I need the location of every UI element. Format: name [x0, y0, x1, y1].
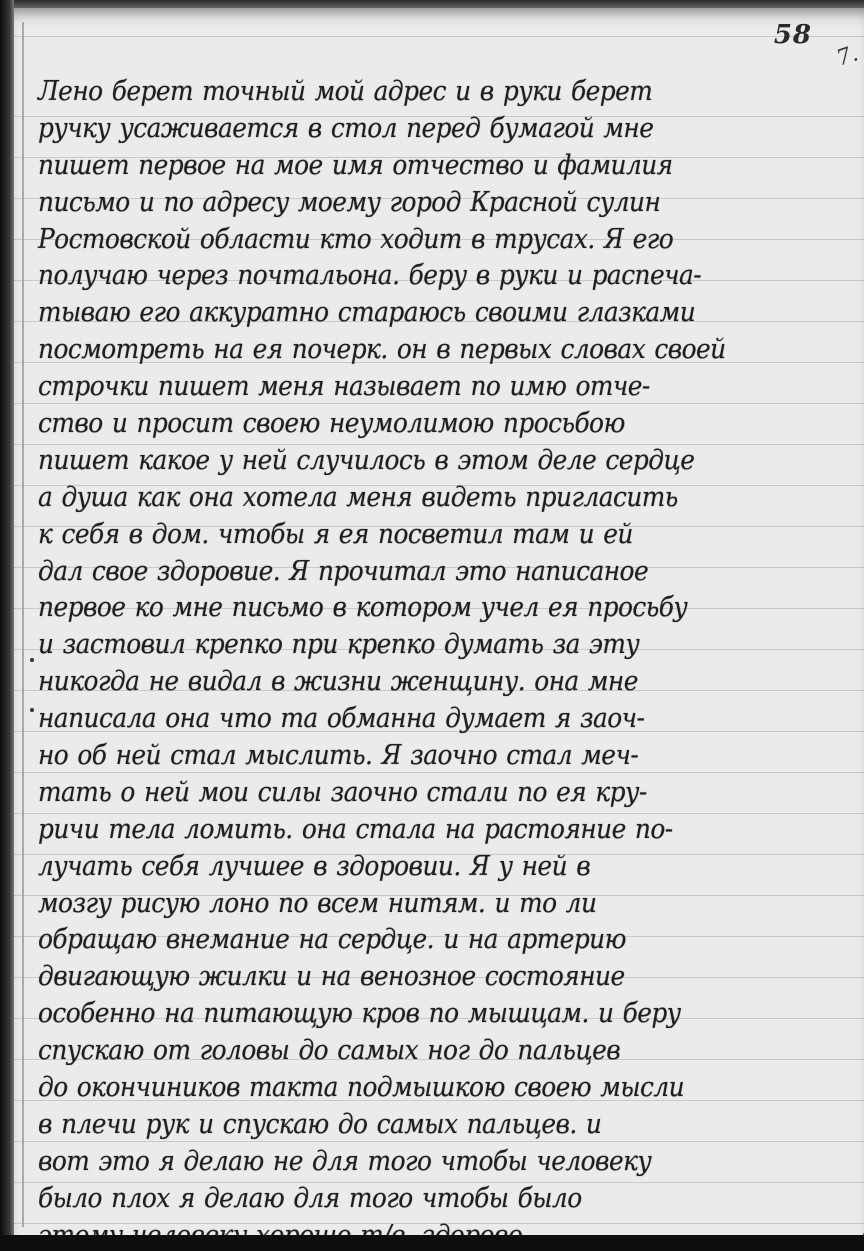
manuscript-line: пишет какое у ней случилось в этом деле … — [38, 443, 792, 480]
notebook-page: 58 7. Лено берет точный мой адрес и в ру… — [14, 8, 864, 1236]
manuscript-line: никогда не видал в жизни женщину. она мн… — [38, 664, 792, 701]
manuscript-line: тываю его аккуратно стараюсь своими глаз… — [38, 295, 792, 332]
folio-mark: 7. — [834, 41, 862, 71]
manuscript-line: написала она что та обманна думает я зао… — [38, 701, 792, 738]
manuscript-line: посмотреть на ея почерк. он в первых сло… — [38, 332, 792, 369]
manuscript-line: мозгу рисую лоно по всем нитям. и то ли — [38, 886, 792, 923]
manuscript-text: Лено берет точный мой адрес и в руки бер… — [38, 74, 858, 1251]
margin-dot — [30, 658, 34, 662]
manuscript-line: вот это я делаю не для того чтобы челове… — [38, 1144, 792, 1181]
manuscript-line: письмо и по адресу моему город Красной с… — [38, 185, 792, 222]
manuscript-line: строчки пишет меня называет по имю отче- — [38, 369, 792, 406]
margin-dot — [30, 708, 34, 712]
manuscript-line: к себя в дом. чтобы я ея посветил там и … — [38, 517, 792, 554]
manuscript-line: обращаю внемание на сердце. и на артерию — [38, 922, 792, 959]
manuscript-line: дал свое здоровие. Я прочитал это написа… — [38, 554, 792, 591]
manuscript-line: пишет первое на мое имя отчество и фамил… — [38, 148, 792, 185]
binding-edge — [0, 0, 14, 1251]
manuscript-line: ричи тела ломить. она стала на растояние… — [38, 812, 792, 849]
manuscript-line: тать о ней мои силы заочно стали по ея к… — [38, 775, 792, 812]
manuscript-line: до окончиников такта подмышкою своею мыс… — [38, 1070, 792, 1107]
manuscript-line: первое ко мне письмо в котором учел ея п… — [38, 590, 792, 627]
manuscript-line: но об ней стал мыслить. Я заочно стал ме… — [38, 738, 792, 775]
manuscript-line: в плечи рук и спускаю до самых пальцев. … — [38, 1107, 792, 1144]
manuscript-line: двигающую жилки и на венозное состояние — [38, 959, 792, 996]
manuscript-line: ручку усаживается в стол перед бумагой м… — [38, 111, 792, 148]
manuscript-line: получаю через почтальона. беру в руки и … — [38, 258, 792, 295]
manuscript-line: спускаю от головы до самых ног до пальце… — [38, 1033, 792, 1070]
manuscript-line: и застовил крепко при крепко думать за э… — [38, 627, 792, 664]
page-number: 58 — [774, 20, 812, 50]
manuscript-line: лучать себя лучшее в здоровии. Я у ней в — [38, 849, 792, 886]
manuscript-line: а душа как она хотела меня видеть пригла… — [38, 480, 792, 517]
manuscript-line: особенно на питающую кров по мышцам. и б… — [38, 996, 792, 1033]
manuscript-line: было плох я делаю для того чтобы было — [38, 1181, 792, 1218]
manuscript-line: Ростовской области кто ходит в трусах. Я… — [38, 222, 792, 259]
manuscript-line: ство и просит своею неумолимою просьбою — [38, 406, 792, 443]
left-margin-rule — [22, 22, 24, 1227]
bottom-page-edge — [0, 1235, 864, 1251]
manuscript-line: Лено берет точный мой адрес и в руки бер… — [38, 74, 792, 111]
